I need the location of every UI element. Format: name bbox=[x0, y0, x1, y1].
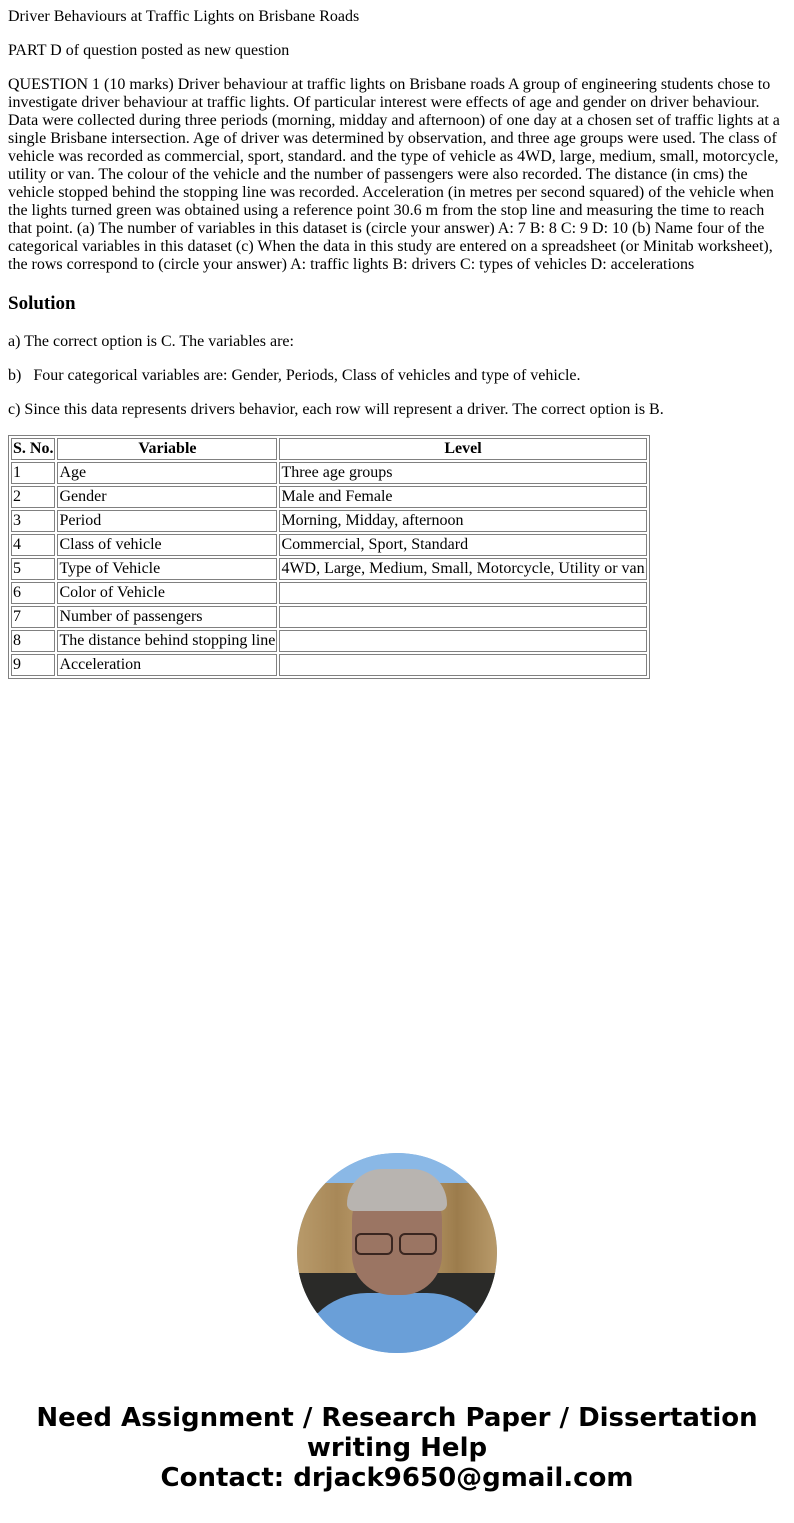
table-row: 2 Gender Male and Female bbox=[11, 486, 647, 508]
cell-variable: Number of passengers bbox=[57, 606, 277, 628]
avatar-hair bbox=[347, 1169, 447, 1211]
cell-level: Morning, Midday, afternoon bbox=[279, 510, 646, 532]
cell-level bbox=[279, 606, 646, 628]
cell-sno: 4 bbox=[11, 534, 55, 556]
cell-variable: Acceleration bbox=[57, 654, 277, 676]
cell-sno: 5 bbox=[11, 558, 55, 580]
cell-level: Three age groups bbox=[279, 462, 646, 484]
cell-level: Male and Female bbox=[279, 486, 646, 508]
cell-level: Commercial, Sport, Standard bbox=[279, 534, 646, 556]
cell-sno: 2 bbox=[11, 486, 55, 508]
cell-variable: Age bbox=[57, 462, 277, 484]
header-variable: Variable bbox=[57, 438, 277, 460]
cell-variable: The distance behind stopping line bbox=[57, 630, 277, 652]
cell-sno: 6 bbox=[11, 582, 55, 604]
cell-level bbox=[279, 630, 646, 652]
table-row: 7 Number of passengers bbox=[11, 606, 647, 628]
header-sno: S. No. bbox=[11, 438, 55, 460]
cell-level bbox=[279, 654, 646, 676]
variables-table: S. No. Variable Level 1 Age Three age gr… bbox=[8, 435, 650, 679]
answer-b: b) Four categorical variables are: Gende… bbox=[8, 367, 581, 385]
cell-level: 4WD, Large, Medium, Small, Motorcycle, U… bbox=[279, 558, 646, 580]
table-row: 4 Class of vehicle Commercial, Sport, St… bbox=[11, 534, 647, 556]
document-title: Driver Behaviours at Traffic Lights on B… bbox=[8, 8, 359, 26]
cell-variable: Type of Vehicle bbox=[57, 558, 277, 580]
cell-sno: 1 bbox=[11, 462, 55, 484]
table-row: 1 Age Three age groups bbox=[11, 462, 647, 484]
cell-sno: 7 bbox=[11, 606, 55, 628]
solution-heading: Solution bbox=[8, 293, 76, 315]
author-avatar bbox=[297, 1153, 497, 1353]
cell-variable: Period bbox=[57, 510, 277, 532]
answer-c: c) Since this data represents drivers be… bbox=[8, 401, 664, 419]
table-header-row: S. No. Variable Level bbox=[11, 438, 647, 460]
cell-sno: 3 bbox=[11, 510, 55, 532]
table-row: 8 The distance behind stopping line bbox=[11, 630, 647, 652]
cell-sno: 8 bbox=[11, 630, 55, 652]
table-row: 5 Type of Vehicle 4WD, Large, Medium, Sm… bbox=[11, 558, 647, 580]
cell-variable: Color of Vehicle bbox=[57, 582, 277, 604]
advert-contact: Contact: drjack9650@gmail.com bbox=[0, 1463, 794, 1493]
table-row: 6 Color of Vehicle bbox=[11, 582, 647, 604]
advert-line-1: Need Assignment / Research Paper / Disse… bbox=[0, 1403, 794, 1433]
table-row: 3 Period Morning, Midday, afternoon bbox=[11, 510, 647, 532]
answer-a: a) The correct option is C. The variable… bbox=[8, 333, 294, 351]
glasses-icon bbox=[355, 1233, 439, 1253]
header-level: Level bbox=[279, 438, 646, 460]
table-row: 9 Acceleration bbox=[11, 654, 647, 676]
cell-level bbox=[279, 582, 646, 604]
part-note: PART D of question posted as new questio… bbox=[8, 42, 289, 60]
cell-variable: Gender bbox=[57, 486, 277, 508]
question-text: QUESTION 1 (10 marks) Driver behaviour a… bbox=[8, 76, 786, 274]
advert-block: Need Assignment / Research Paper / Disse… bbox=[0, 1403, 794, 1493]
advert-line-2: writing Help bbox=[0, 1433, 794, 1463]
cell-sno: 9 bbox=[11, 654, 55, 676]
cell-variable: Class of vehicle bbox=[57, 534, 277, 556]
